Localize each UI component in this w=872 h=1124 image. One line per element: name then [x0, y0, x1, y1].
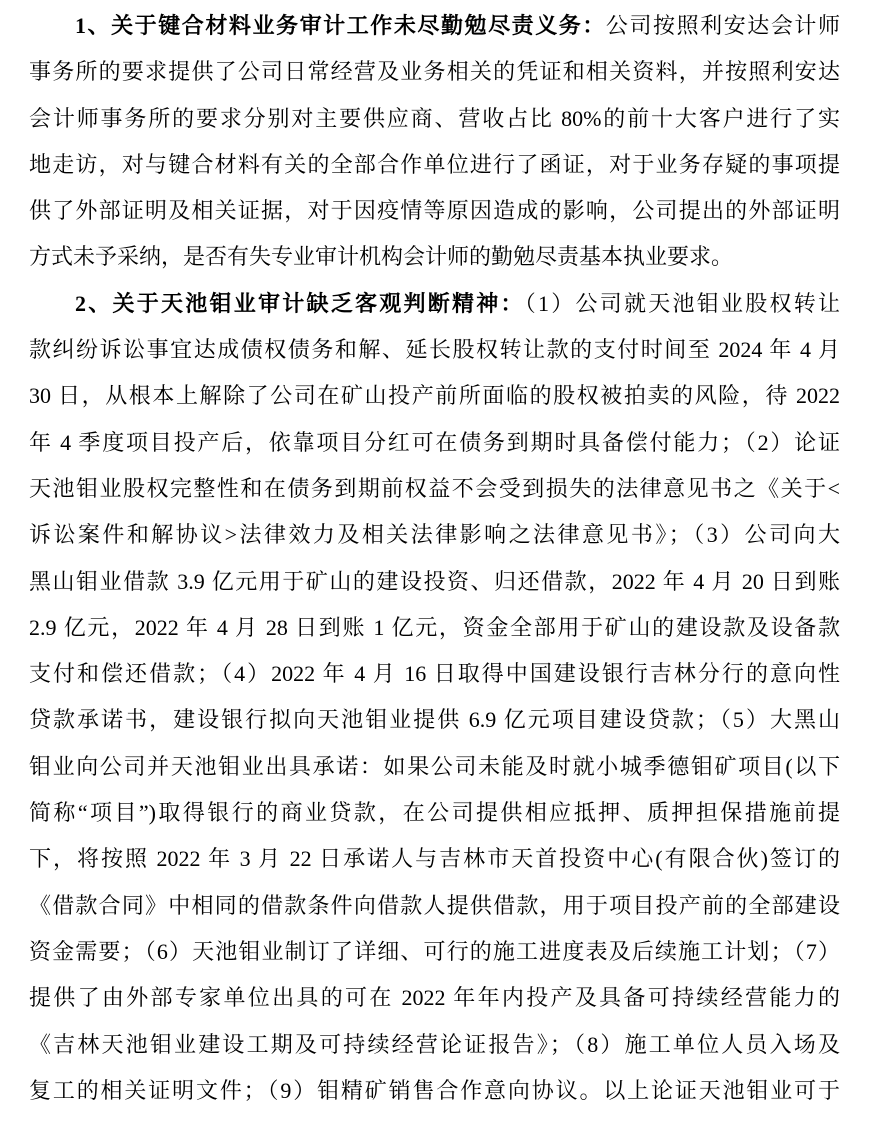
paragraph: 1、关于键合材料业务审计工作未尽勤勉尽责义务：公司按照利安达会计师事务所的要求提… — [29, 3, 840, 281]
text-line: 款纠纷诉讼事宜达成债权债务和解、延长股权转让款的支付时间至 2024 年 4 月 — [29, 327, 840, 373]
text-segment-bold: 2、关于天池钼业审计缺乏客观判断精神： — [75, 291, 525, 316]
text-segment: 天池钼业股权完整性和在债务到期前权益不会受到损失的法律意见书之《关于< — [29, 476, 840, 501]
document-page: 1、关于键合材料业务审计工作未尽勤勉尽责义务：公司按照利安达会计师事务所的要求提… — [0, 0, 872, 1124]
text-line: 30 日，从根本上解除了公司在矿山投产前所面临的股权被拍卖的风险，待 2022 — [29, 373, 840, 419]
text-line: 事务所的要求提供了公司日常经营及业务相关的凭证和相关资料，并按照利安达 — [29, 49, 840, 95]
text-segment: 贷款承诺书，建设银行拟向天池钼业提供 6.9 亿元项目建设贷款；（5）大黑山 — [29, 707, 840, 732]
text-line: 黑山钼业借款 3.9 亿元用于矿山的建设投资、归还借款，2022 年 4 月 2… — [29, 559, 840, 605]
text-segment: 下，将按照 2022 年 3 月 22 日承诺人与吉林市天首投资中心(有限合伙)… — [29, 846, 840, 871]
text-line: 资金需要；（6）天池钼业制订了详细、可行的施工进度表及后续施工计划；（7） — [29, 929, 840, 975]
text-line: 贷款承诺书，建设银行拟向天池钼业提供 6.9 亿元项目建设贷款；（5）大黑山 — [29, 697, 840, 743]
text-line: 会计师事务所的要求分别对主要供应商、营收占比 80%的前十大客户进行了实 — [29, 96, 840, 142]
text-segment: 简称“项目”)取得银行的商业贷款，在公司提供相应抵押、质押担保措施前提 — [29, 800, 840, 825]
text-segment: 款纠纷诉讼事宜达成债权债务和解、延长股权转让款的支付时间至 2024 年 4 月 — [29, 337, 840, 362]
text-line: 1、关于键合材料业务审计工作未尽勤勉尽责义务：公司按照利安达会计师 — [29, 3, 840, 49]
text-segment: 方式未予采纳，是否有失专业审计机构会计师的勤勉尽责基本执业要求。 — [29, 244, 733, 269]
text-line: 2.9 亿元，2022 年 4 月 28 日到账 1 亿元，资金全部用于矿山的建… — [29, 605, 840, 651]
text-segment: 《吉林天池钼业建设工期及可持续经营论证报告》；（8）施工单位人员入场及 — [29, 1032, 840, 1057]
text-line: 地走访，对与键合材料有关的全部合作单位进行了函证，对于业务存疑的事项提 — [29, 142, 840, 188]
document-body: 1、关于键合材料业务审计工作未尽勤勉尽责义务：公司按照利安达会计师事务所的要求提… — [29, 3, 840, 1114]
text-line: 下，将按照 2022 年 3 月 22 日承诺人与吉林市天首投资中心(有限合伙)… — [29, 836, 840, 882]
text-segment: 公司按照利安达会计师 — [606, 13, 840, 38]
text-segment: （1）公司就天池钼业股权转让 — [525, 291, 840, 316]
text-segment: 年 4 季度项目投产后，依靠项目分红可在债务到期时具备偿付能力；（2）论证 — [29, 430, 840, 455]
text-segment: 诉讼案件和解协议>法律效力及相关法律影响之法律意见书》；（3）公司向大 — [29, 522, 840, 547]
text-line: 简称“项目”)取得银行的商业贷款，在公司提供相应抵押、质押担保措施前提 — [29, 790, 840, 836]
text-segment: 30 日，从根本上解除了公司在矿山投产前所面临的股权被拍卖的风险，待 2022 — [29, 383, 840, 408]
text-line: 复工的相关证明文件；（9）钼精矿销售合作意向协议。以上论证天池钼业可于 — [29, 1068, 840, 1114]
text-line: 供了外部证明及相关证据，对于因疫情等原因造成的影响，公司提出的外部证明 — [29, 188, 840, 234]
text-line: 方式未予采纳，是否有失专业审计机构会计师的勤勉尽责基本执业要求。 — [29, 234, 840, 280]
text-line: 支付和偿还借款；（4）2022 年 4 月 16 日取得中国建设银行吉林分行的意… — [29, 651, 840, 697]
text-segment: 《借款合同》中相同的借款条件向借款人提供借款，用于项目投产前的全部建设 — [29, 893, 840, 918]
text-line: 年 4 季度项目投产后，依靠项目分红可在债务到期时具备偿付能力；（2）论证 — [29, 420, 840, 466]
text-line: 钼业向公司并天池钼业出具承诺：如果公司未能及时就小城季德钼矿项目(以下 — [29, 744, 840, 790]
text-segment: 支付和偿还借款；（4）2022 年 4 月 16 日取得中国建设银行吉林分行的意… — [29, 661, 840, 686]
text-segment: 黑山钼业借款 3.9 亿元用于矿山的建设投资、归还借款，2022 年 4 月 2… — [29, 569, 840, 594]
text-segment: 提供了由外部专家单位出具的可在 2022 年年内投产及具备可持续经营能力的 — [29, 985, 840, 1010]
text-segment-bold: 1、关于键合材料业务审计工作未尽勤勉尽责义务： — [75, 13, 606, 38]
text-line: 《借款合同》中相同的借款条件向借款人提供借款，用于项目投产前的全部建设 — [29, 883, 840, 929]
text-line: 诉讼案件和解协议>法律效力及相关法律影响之法律意见书》；（3）公司向大 — [29, 512, 840, 558]
text-line: 2、关于天池钼业审计缺乏客观判断精神：（1）公司就天池钼业股权转让 — [29, 281, 840, 327]
text-line: 提供了由外部专家单位出具的可在 2022 年年内投产及具备可持续经营能力的 — [29, 975, 840, 1021]
text-line: 天池钼业股权完整性和在债务到期前权益不会受到损失的法律意见书之《关于< — [29, 466, 840, 512]
text-segment: 供了外部证明及相关证据，对于因疫情等原因造成的影响，公司提出的外部证明 — [29, 198, 840, 223]
text-line: 《吉林天池钼业建设工期及可持续经营论证报告》；（8）施工单位人员入场及 — [29, 1022, 840, 1068]
text-segment: 地走访，对与键合材料有关的全部合作单位进行了函证，对于业务存疑的事项提 — [29, 152, 840, 177]
text-segment: 复工的相关证明文件；（9）钼精矿销售合作意向协议。以上论证天池钼业可于 — [29, 1078, 840, 1103]
text-segment: 钼业向公司并天池钼业出具承诺：如果公司未能及时就小城季德钼矿项目(以下 — [29, 754, 840, 779]
text-segment: 会计师事务所的要求分别对主要供应商、营收占比 80%的前十大客户进行了实 — [29, 106, 840, 131]
text-segment: 事务所的要求提供了公司日常经营及业务相关的凭证和相关资料，并按照利安达 — [29, 59, 840, 84]
text-segment: 2.9 亿元，2022 年 4 月 28 日到账 1 亿元，资金全部用于矿山的建… — [29, 615, 840, 640]
paragraph: 2、关于天池钼业审计缺乏客观判断精神：（1）公司就天池钼业股权转让款纠纷诉讼事宜… — [29, 281, 840, 1114]
text-segment: 资金需要；（6）天池钼业制订了详细、可行的施工进度表及后续施工计划；（7） — [29, 939, 840, 964]
